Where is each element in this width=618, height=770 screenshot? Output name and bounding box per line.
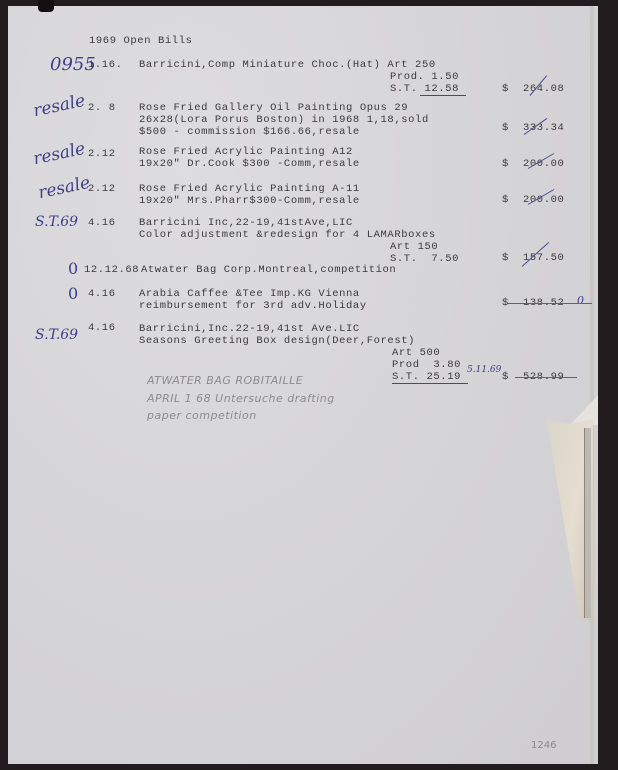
margin-note: S.T.69 [35,214,78,230]
entry-line: 19x20" Dr.Cook $300 -Comm,resale [139,158,360,170]
underline-mark [392,383,468,384]
entry-date: 1.16. [88,59,123,71]
strike-through-mark [515,377,577,378]
entry-breakdown: Art 150 [390,241,438,253]
entry-line: Rose Fried Gallery Oil Painting Opus 29 [139,102,408,114]
entry-line: $500 - commission $166.66,resale [139,126,360,138]
entry-amount: 333.34 [523,122,564,134]
amount-note: 0 [577,294,584,307]
margin-note: 0 [68,259,78,278]
currency-symbol: $ [502,371,509,383]
entry-date: 12.12.68 [84,264,139,276]
entry-breakdown: Prod. 1.50 [390,71,459,83]
pencil-note-line: APRIL 1 68 Untersuche drafting [147,392,335,405]
entry-line: Rose Fried Acrylic Painting A-11 [139,183,360,195]
strike-through-mark [508,303,592,304]
entry-breakdown: S.T. 12.58 [390,83,459,95]
page-number: 1246 [531,740,556,751]
currency-symbol: $ [502,122,509,134]
breakdown-note: 5.11.69 [467,365,501,375]
entry-breakdown: S.T. 25.19 [392,371,461,383]
entry-date: 4.16 [88,217,116,229]
entry-line: Rose Fried Acrylic Painting A12 [139,146,353,158]
entry-breakdown: S.T. 7.50 [390,253,459,265]
entry-date: 4.16 [88,322,116,334]
pencil-note-line: ATWATER BAG ROBITAILLE [147,374,303,387]
currency-symbol: $ [502,252,509,264]
entry-date: 2. 8 [88,102,116,114]
document-title: 1969 Open Bills [89,35,193,47]
entry-line: Arabia Caffee &Tee Imp.KG Vienna [139,288,360,300]
margin-note: S.T.69 [35,327,78,343]
pencil-note-line: paper competition [147,409,257,422]
entry-line: Seasons Greeting Box design(Deer,Forest) [139,335,415,347]
currency-symbol: $ [502,158,509,170]
underline-mark [420,95,466,96]
entry-line: 26x28(Lora Porus Boston) in 1968 1,18,so… [139,114,429,126]
page-edge [590,6,594,764]
entry-breakdown: Prod 3.80 [392,359,461,371]
entry-line: Barricini,Inc.22-19,41st Ave.LIC [139,323,360,335]
entry-line: Atwater Bag Corp.Montreal,competition [141,264,396,276]
entry-amount: 264.08 [523,83,564,95]
ink-blot [38,0,54,12]
entry-line: 19x20" Mrs.Pharr$300-Comm,resale [139,195,360,207]
currency-symbol: $ [502,83,509,95]
entry-line: reimbursement for 3rd adv.Holiday [139,300,367,312]
currency-symbol: $ [502,194,509,206]
entry-date: 2.12 [88,148,116,160]
margin-note: 0 [68,284,78,303]
entry-line: Barricini,Comp Miniature Choc.(Hat) Art … [139,59,436,71]
paper-strip [584,428,591,618]
entry-date: 4.16 [88,288,116,300]
entry-line: Color adjustment &redesign for 4 LAMARbo… [139,229,436,241]
entry-breakdown: Art 500 [392,347,440,359]
entry-line: Barricini Inc,22-19,41stAve,LIC [139,217,353,229]
entry-date: 2.12 [88,183,116,195]
